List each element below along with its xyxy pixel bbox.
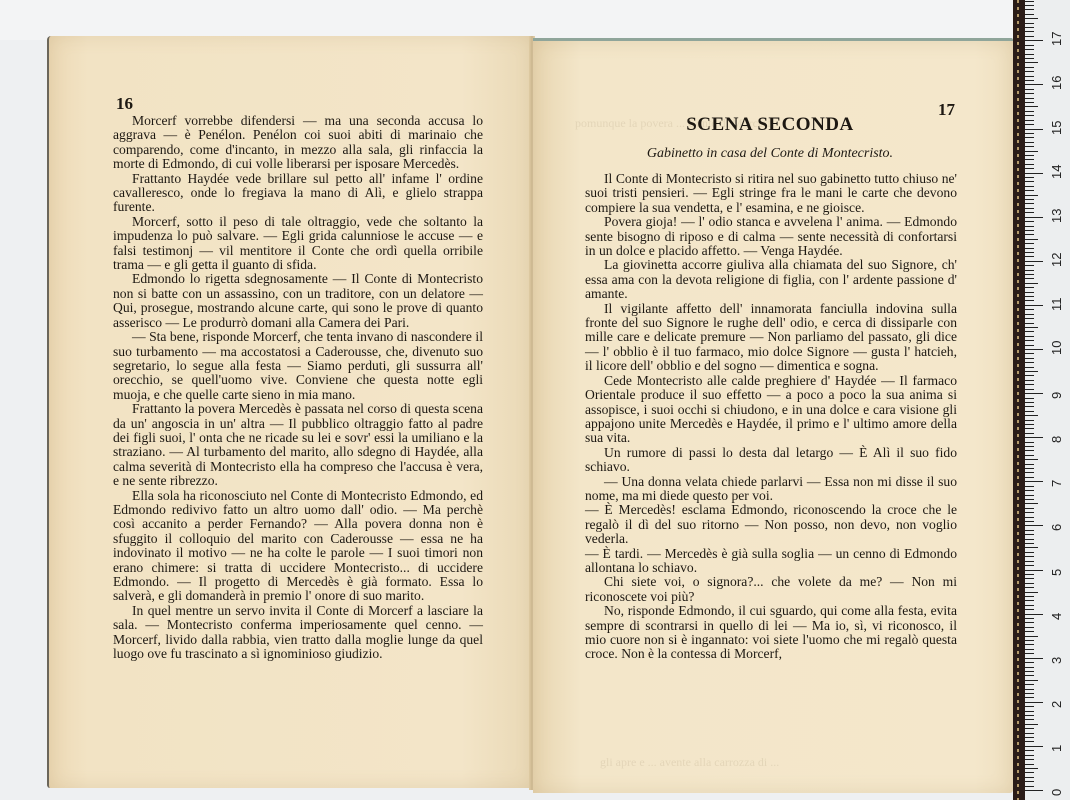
ruler-tick	[1025, 627, 1034, 628]
ruler-tick	[1025, 106, 1038, 107]
ruler-tick	[1025, 622, 1034, 623]
paragraph: Edmondo lo rigetta sdegnosamente — Il Co…	[113, 272, 483, 330]
ruler-tick	[1025, 693, 1034, 694]
ruler-tick	[1025, 697, 1034, 698]
ruler-tick	[1025, 609, 1034, 610]
ruler-tick	[1025, 428, 1034, 429]
ruler-tick	[1025, 384, 1034, 385]
ruler-tick	[1025, 719, 1034, 720]
ruler-tick	[1025, 711, 1034, 712]
ruler-label: 6	[1049, 524, 1064, 531]
paragraph: Il vigilante affetto dell' innamorata fa…	[585, 302, 957, 374]
ruler-label: 17	[1049, 32, 1064, 46]
ruler-tick	[1025, 772, 1034, 773]
ruler-label: 2	[1049, 701, 1064, 708]
ruler-tick	[1025, 689, 1034, 690]
ruler-tick	[1025, 318, 1034, 319]
ruler-tick	[1025, 728, 1034, 729]
ruler-tick	[1025, 393, 1043, 394]
ruler-tick	[1025, 768, 1038, 769]
ruler-tick	[1025, 755, 1034, 756]
ruler-tick	[1025, 402, 1034, 403]
ruler-tick	[1025, 741, 1034, 742]
ruler-tick	[1025, 570, 1043, 571]
ruler-tick	[1025, 389, 1034, 390]
ruler-tick	[1025, 226, 1034, 227]
ruler-tick	[1025, 715, 1034, 716]
ruler-tick	[1025, 583, 1034, 584]
ruler-tick	[1025, 305, 1043, 306]
ruler-tick	[1025, 777, 1034, 778]
paragraph: Chi siete voi, o signora?... che volete …	[585, 575, 957, 604]
ruler-tick	[1025, 270, 1034, 271]
ruler-tick	[1025, 124, 1034, 125]
left-page-body: Morcerf vorrebbe difendersi — ma una sec…	[113, 114, 483, 661]
binding-stitch	[1017, 0, 1019, 800]
ruler-tick	[1025, 186, 1034, 187]
ruler-tick	[1025, 287, 1034, 288]
ruler-tick	[1025, 411, 1034, 412]
paragraph: Morcerf vorrebbe difendersi — ma una sec…	[113, 114, 483, 172]
ruler-tick	[1025, 358, 1034, 359]
ruler-tick	[1025, 9, 1034, 10]
ruler-tick	[1025, 490, 1034, 491]
ruler-tick	[1025, 605, 1034, 606]
ruler-tick	[1025, 486, 1034, 487]
paragraph: Morcerf, sotto il peso di tale oltraggio…	[113, 215, 483, 273]
ruler-tick	[1025, 552, 1034, 553]
ruler-tick	[1025, 151, 1038, 152]
ruler-tick	[1025, 578, 1034, 579]
ruler-tick	[1025, 256, 1034, 257]
ruler-tick	[1025, 534, 1034, 535]
ruler-label: 4	[1049, 612, 1064, 619]
ruler-tick	[1025, 658, 1043, 659]
ruler-tick	[1025, 173, 1043, 174]
ruler-tick	[1025, 23, 1034, 24]
ruler-tick	[1025, 40, 1043, 41]
ruler-tick	[1025, 208, 1034, 209]
ruler-tick	[1025, 433, 1034, 434]
ruler-tick	[1025, 415, 1038, 416]
ruler-label: 12	[1049, 252, 1064, 266]
ruler-tick	[1025, 675, 1034, 676]
ruler-tick	[1025, 764, 1034, 765]
ruler-tick	[1025, 31, 1034, 32]
ruler-tick	[1025, 129, 1043, 130]
ruler-tick	[1025, 80, 1034, 81]
ruler-tick	[1025, 243, 1034, 244]
ruler-tick	[1025, 336, 1034, 337]
ruler-tick	[1025, 98, 1034, 99]
ruler-tick	[1025, 102, 1034, 103]
ruler-tick	[1025, 362, 1034, 363]
paragraph: In quel mentre un servo invita il Conte …	[113, 604, 483, 662]
ruler-tick	[1025, 614, 1043, 615]
ruler-tick	[1025, 195, 1038, 196]
paragraph: Ella sola ha riconosciuto nel Conte di M…	[113, 489, 483, 604]
ruler-tick	[1025, 27, 1034, 28]
ruler-tick	[1025, 45, 1034, 46]
ruler-tick	[1025, 596, 1034, 597]
show-through-text: gli apre e ... avente alla carrozza di .…	[600, 755, 779, 770]
ruler-tick	[1025, 265, 1034, 266]
ruler-label: 1	[1049, 745, 1064, 752]
ruler-tick	[1025, 252, 1034, 253]
background	[0, 0, 1070, 40]
ruler-tick	[1025, 481, 1043, 482]
ruler-tick	[1025, 380, 1034, 381]
ruler-tick	[1025, 702, 1043, 703]
ruler-tick	[1025, 292, 1034, 293]
ruler-tick	[1025, 706, 1034, 707]
ruler-tick	[1025, 89, 1034, 90]
scene-heading: SCENA SECONDA	[560, 114, 980, 136]
ruler-tick	[1025, 746, 1043, 747]
ruler-tick	[1025, 340, 1034, 341]
ruler-tick	[1025, 58, 1034, 59]
ruler-tick	[1025, 733, 1034, 734]
ruler-tick	[1025, 36, 1034, 37]
ruler-tick	[1025, 561, 1034, 562]
ruler-tick	[1025, 331, 1034, 332]
ruler-tick	[1025, 234, 1034, 235]
ruler-tick	[1025, 667, 1034, 668]
page-number-left: 16	[116, 94, 133, 114]
ruler-tick	[1025, 420, 1034, 421]
ruler-tick	[1025, 636, 1038, 637]
ruler-label: 16	[1049, 76, 1064, 90]
ruler-tick	[1025, 680, 1038, 681]
ruler-tick	[1025, 199, 1034, 200]
ruler-tick	[1025, 662, 1034, 663]
ruler-tick	[1025, 212, 1034, 213]
ruler-tick	[1025, 565, 1034, 566]
ruler-tick	[1025, 159, 1034, 160]
ruler-tick	[1025, 120, 1034, 121]
ruler-tick	[1025, 349, 1043, 350]
ruler-tick	[1025, 76, 1034, 77]
ruler-label: 3	[1049, 656, 1064, 663]
ruler-tick	[1025, 508, 1034, 509]
ruler-tick	[1025, 309, 1034, 310]
ruler-tick	[1025, 530, 1034, 531]
paragraph: — Sta bene, risponde Morcerf, che tenta …	[113, 330, 483, 402]
ruler-tick	[1025, 464, 1034, 465]
ruler-tick	[1025, 442, 1034, 443]
ruler-tick	[1025, 84, 1043, 85]
ruler-label: 8	[1049, 436, 1064, 443]
ruler-tick	[1025, 353, 1034, 354]
ruler-tick	[1025, 203, 1034, 204]
ruler-tick	[1025, 517, 1034, 518]
ruler-tick	[1025, 640, 1034, 641]
ruler-tick	[1025, 556, 1034, 557]
ruler-tick	[1025, 631, 1034, 632]
ruler-tick	[1025, 345, 1034, 346]
ruler-tick	[1025, 221, 1034, 222]
ruler-label: 13	[1049, 208, 1064, 222]
ruler-tick	[1025, 62, 1038, 63]
ruler-tick	[1025, 547, 1038, 548]
ruler-tick	[1025, 406, 1034, 407]
ruler-tick	[1025, 296, 1034, 297]
ruler-tick	[1025, 164, 1034, 165]
paragraph: La giovinetta accorre giuliva alla chiam…	[585, 258, 957, 301]
ruler-tick	[1025, 455, 1034, 456]
ruler-tick	[1025, 111, 1034, 112]
ruler-tick	[1025, 67, 1034, 68]
ruler-tick	[1025, 495, 1034, 496]
ruler-tick	[1025, 146, 1034, 147]
ruler-tick	[1025, 459, 1038, 460]
ruler-tick	[1025, 600, 1034, 601]
ruler-tick	[1025, 539, 1034, 540]
ruler-tick	[1025, 54, 1034, 55]
ruler-tick	[1025, 217, 1043, 218]
ruler-tick	[1025, 724, 1038, 725]
paragraph: Cede Montecristo alle calde preghiere d'…	[585, 374, 957, 446]
ruler-tick	[1025, 587, 1034, 588]
ruler-tick	[1025, 18, 1038, 19]
ruler-label: 14	[1049, 164, 1064, 178]
ruler-tick	[1025, 177, 1034, 178]
paragraph: — Una donna velata chiede parlarvi — Ess…	[585, 475, 957, 504]
ruler-tick	[1025, 671, 1034, 672]
scene-subheading: Gabinetto in casa del Conte di Montecris…	[560, 146, 980, 162]
ruler-tick	[1025, 278, 1034, 279]
measuring-ruler: 01234567891011121314151617	[1025, 0, 1070, 800]
ruler-tick	[1025, 786, 1034, 787]
ruler-tick	[1025, 684, 1034, 685]
ruler-tick	[1025, 239, 1038, 240]
paragraph: Il Conte di Montecristo si ritira nel su…	[585, 172, 957, 215]
ruler-tick	[1025, 759, 1034, 760]
ruler-tick	[1025, 737, 1034, 738]
ruler-tick	[1025, 592, 1038, 593]
ruler-tick	[1025, 750, 1034, 751]
ruler-tick	[1025, 283, 1038, 284]
ruler-label: 5	[1049, 568, 1064, 575]
book-spine-binding	[1013, 0, 1025, 800]
ruler-tick	[1025, 499, 1034, 500]
ruler-tick	[1025, 618, 1034, 619]
ruler-tick	[1025, 5, 1034, 6]
ruler-tick	[1025, 644, 1034, 645]
ruler-tick	[1025, 398, 1034, 399]
ruler-tick	[1025, 424, 1034, 425]
ruler-label: 7	[1049, 480, 1064, 487]
ruler-tick	[1025, 1, 1034, 2]
ruler-tick	[1025, 137, 1034, 138]
ruler-tick	[1025, 503, 1038, 504]
ruler-tick	[1025, 375, 1034, 376]
ruler-label: 9	[1049, 392, 1064, 399]
ruler-tick	[1025, 190, 1034, 191]
ruler-tick	[1025, 261, 1043, 262]
ruler-tick	[1025, 142, 1034, 143]
ruler-tick	[1025, 181, 1034, 182]
ruler-label: 10	[1049, 341, 1064, 355]
ruler-tick	[1025, 300, 1034, 301]
ruler-tick	[1025, 525, 1043, 526]
ruler-tick	[1025, 477, 1034, 478]
ruler-tick	[1025, 93, 1034, 94]
ruler-tick	[1025, 790, 1043, 791]
right-page-body: Il Conte di Montecristo si ritira nel su…	[585, 172, 957, 662]
paragraph: Frattanto la povera Mercedès è passata n…	[113, 402, 483, 488]
ruler-tick	[1025, 437, 1043, 438]
ruler-tick	[1025, 653, 1034, 654]
ruler-tick	[1025, 521, 1034, 522]
ruler-tick	[1025, 450, 1034, 451]
ruler-tick	[1025, 574, 1034, 575]
ruler-tick	[1025, 446, 1034, 447]
ruler-tick	[1025, 323, 1034, 324]
paragraph: No, risponde Edmondo, il cui sguardo, qu…	[585, 604, 957, 662]
ruler-tick	[1025, 14, 1034, 15]
ruler-tick	[1025, 168, 1034, 169]
ruler-tick	[1025, 71, 1034, 72]
ruler-tick	[1025, 314, 1034, 315]
ruler-tick	[1025, 133, 1034, 134]
paragraph: — È tardi. — Mercedès è già sulla soglia…	[585, 547, 957, 576]
ruler-tick	[1025, 115, 1034, 116]
paragraph: Frattanto Haydée vede brillare sul petto…	[113, 172, 483, 215]
ruler-tick	[1025, 155, 1034, 156]
ruler-tick	[1025, 274, 1034, 275]
ruler-label: 0	[1049, 789, 1064, 796]
ruler-label: 11	[1049, 297, 1064, 311]
ruler-tick	[1025, 649, 1034, 650]
paragraph: Povera gioja! — l' odio stanca e avvelen…	[585, 215, 957, 258]
ruler-tick	[1025, 327, 1038, 328]
ruler-tick	[1025, 230, 1034, 231]
ruler-tick	[1025, 781, 1034, 782]
ruler-tick	[1025, 472, 1034, 473]
paragraph: — È Mercedès! esclama Edmondo, riconosce…	[585, 503, 957, 546]
ruler-tick	[1025, 371, 1038, 372]
ruler-tick	[1025, 367, 1034, 368]
paragraph: Un rumore di passi lo desta dal letargo …	[585, 446, 957, 475]
ruler-tick	[1025, 468, 1034, 469]
ruler-tick	[1025, 512, 1034, 513]
ruler-tick	[1025, 49, 1034, 50]
ruler-tick	[1025, 543, 1034, 544]
ruler-label: 15	[1049, 120, 1064, 134]
ruler-tick	[1025, 248, 1034, 249]
